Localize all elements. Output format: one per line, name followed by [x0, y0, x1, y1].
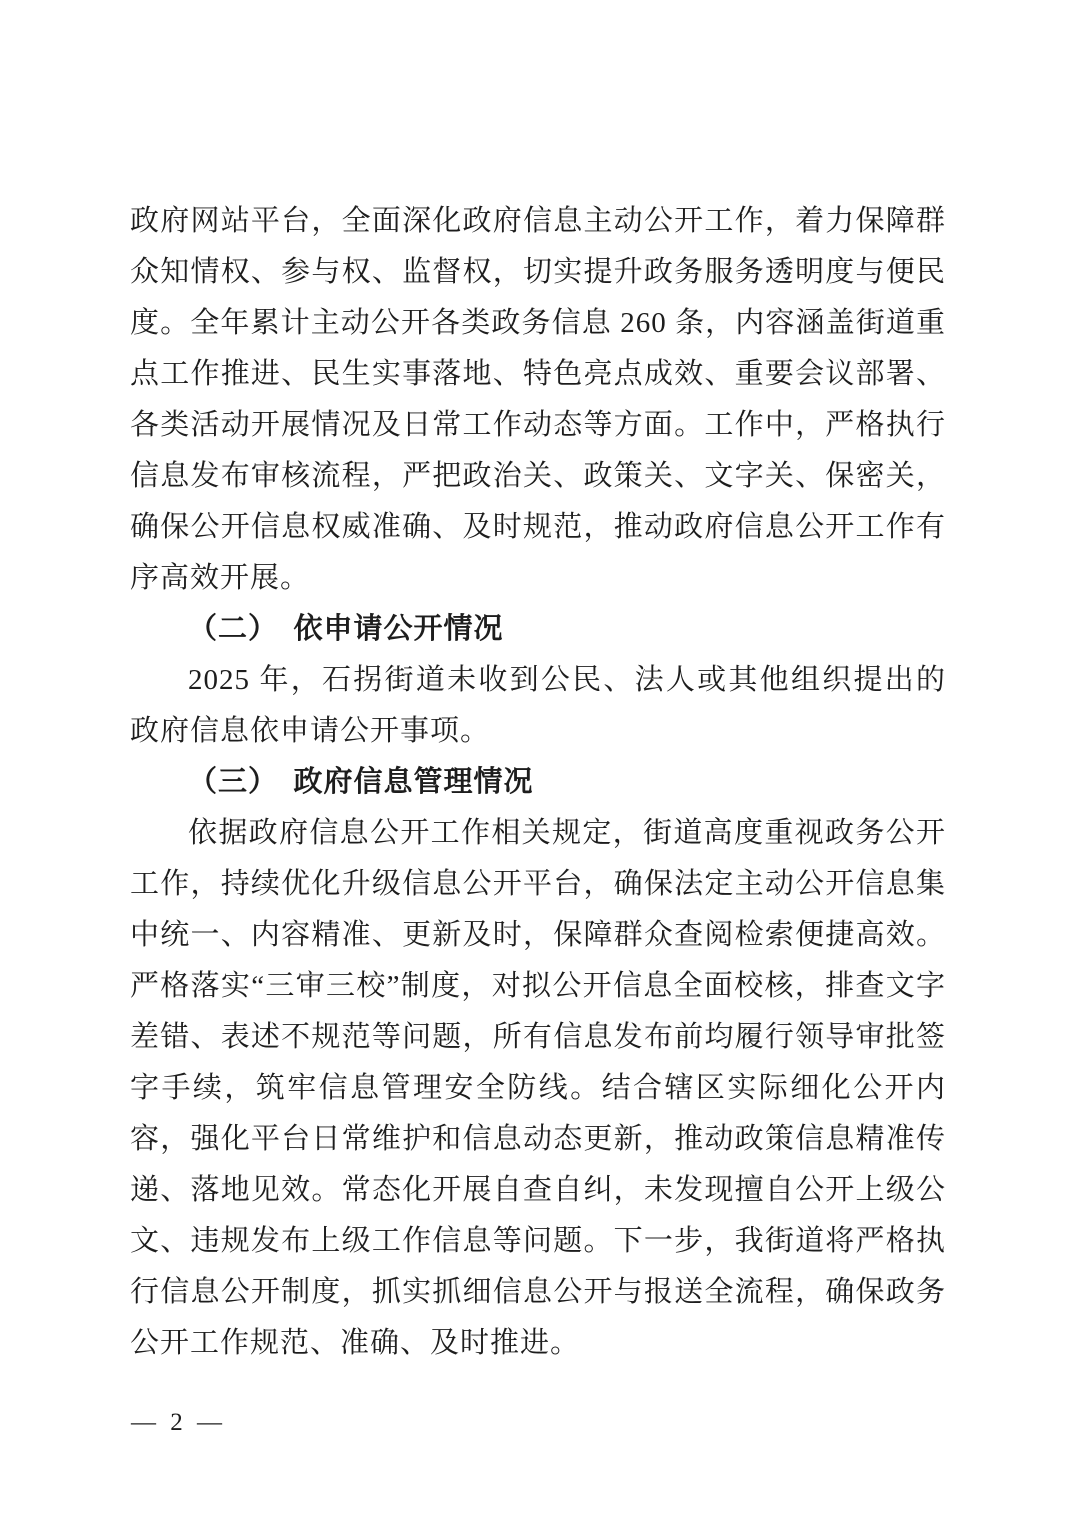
paragraph-information-management: 依据政府信息公开工作相关规定，街道高度重视政务公开工作，持续优化升级信息公开平台… — [130, 808, 946, 1369]
paragraph-continuation: 政府网站平台，全面深化政府信息主动公开工作，着力保障群众知情权、参与权、监督权，… — [130, 196, 946, 604]
paragraph-application-disclosure: 2025 年，石拐街道未收到公民、法人或其他组织提出的政府信息依申请公开事项。 — [130, 655, 946, 757]
section-heading-3: （三） 政府信息管理情况 — [130, 757, 946, 808]
document-body: 政府网站平台，全面深化政府信息主动公开工作，着力保障群众知情权、参与权、监督权，… — [130, 196, 946, 1369]
page-number: — 2 — — [131, 1408, 226, 1438]
document-page: 政府网站平台，全面深化政府信息主动公开工作，着力保障群众知情权、参与权、监督权，… — [0, 0, 1074, 1520]
section-heading-2: （二） 依申请公开情况 — [130, 604, 946, 655]
